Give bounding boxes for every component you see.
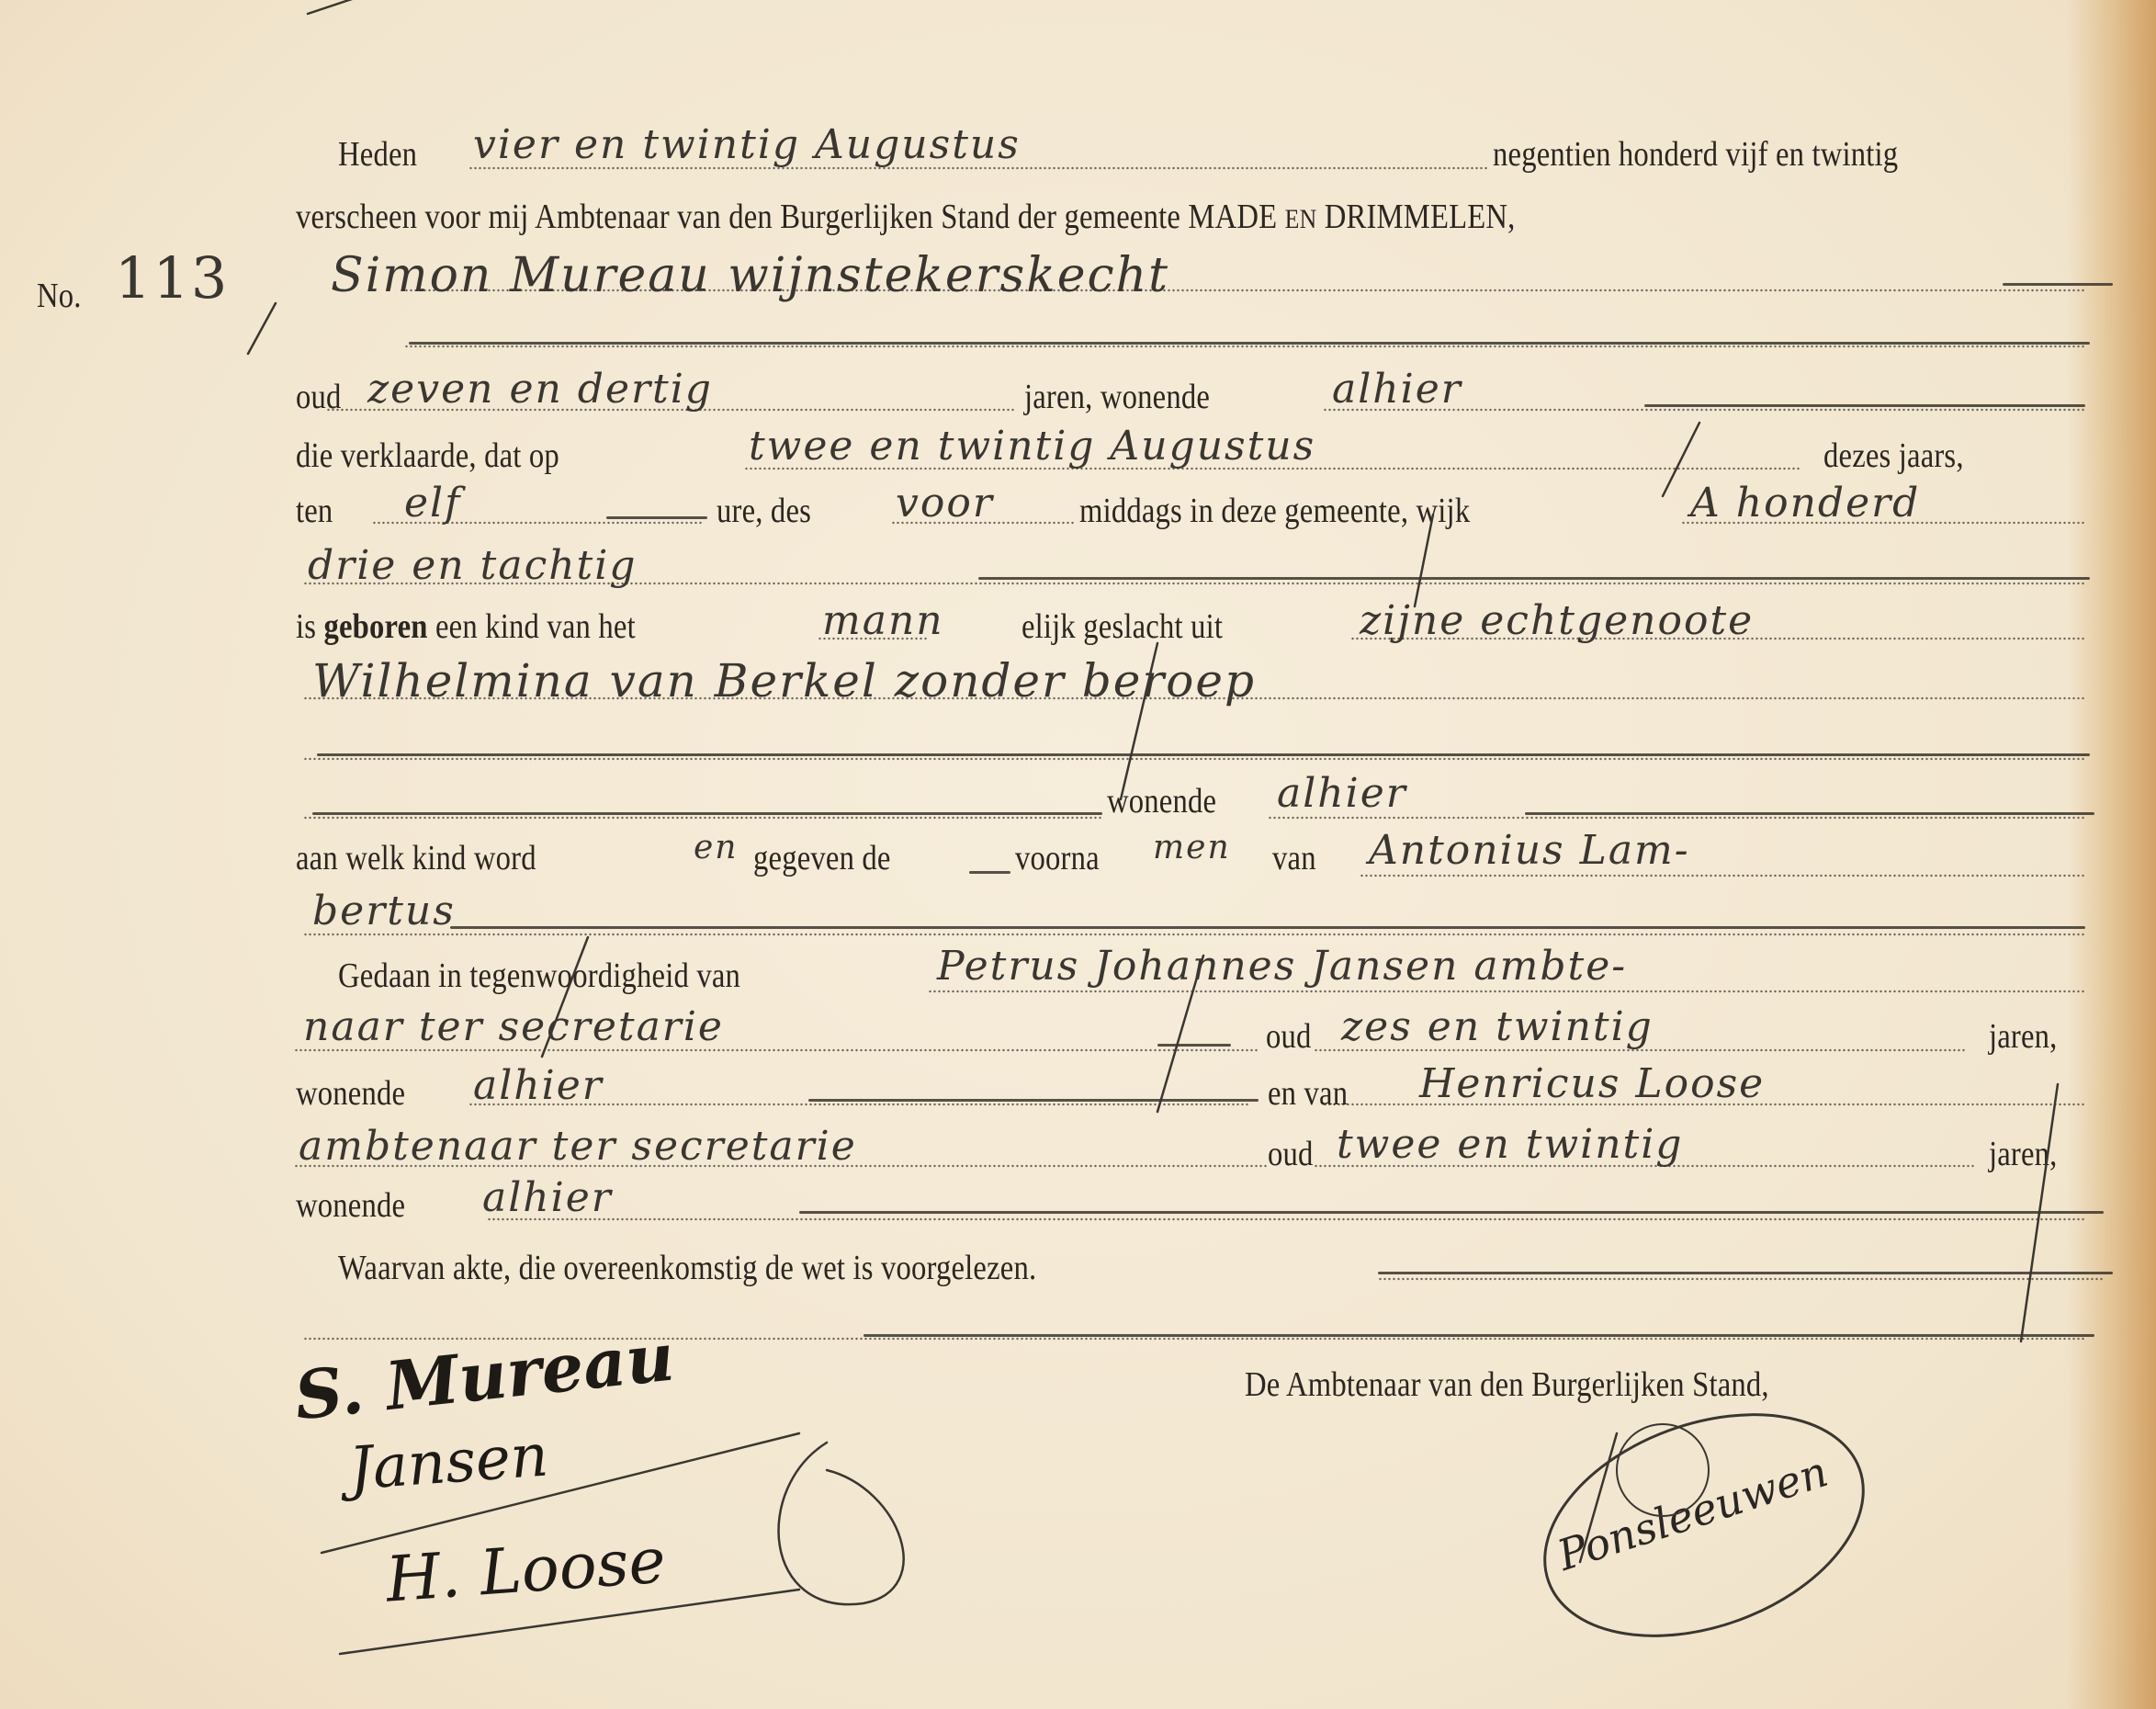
printed-appeared-text: verscheen voor mij Ambtenaar van den Bur…	[296, 198, 1180, 236]
printed-wonende-mother: wonende	[1107, 781, 1216, 821]
printed-jaren-w1: jaren,	[1989, 1016, 2058, 1057]
printed-ure-des: ure, des	[717, 491, 811, 531]
hand-child-name-cont: bertus	[312, 888, 456, 934]
ink-stroke	[409, 342, 2090, 345]
hand-date-day: vier en twintig Augustus	[473, 121, 1021, 168]
printed-kind-van-het: een kind van het	[435, 607, 636, 646]
printed-geslacht-uit: elijk geslacht uit	[1022, 606, 1223, 647]
official-title: De Ambtenaar van den Burgerlijken Stand,	[1245, 1364, 1769, 1405]
printed-closing: Waarvan akte, die overeenkomstig de wet …	[338, 1248, 1036, 1288]
ink-stroke	[969, 871, 1010, 874]
ink-stroke	[1644, 404, 2085, 407]
printed-en-van: en van	[1268, 1073, 1348, 1114]
printed-van-name: van	[1272, 838, 1316, 878]
printed-aan-welk-kind: aan welk kind word	[296, 838, 536, 878]
printed-appeared: verscheen voor mij Ambtenaar van den Bur…	[296, 197, 1516, 237]
hand-declarant-age: zeven en dertig	[367, 366, 713, 413]
hand-witness2-name: Henricus Loose	[1419, 1060, 1765, 1107]
hand-mother-relation: zijne echtgenoote	[1360, 597, 1754, 644]
ink-stroke	[317, 753, 2090, 756]
printed-declared: die verklaarde, dat op	[296, 436, 559, 476]
hand-witness2-residence: alhier	[482, 1174, 613, 1221]
ink-stroke	[1525, 812, 2094, 815]
fill-line	[303, 933, 2085, 936]
printed-middags-wijk: middags in deze gemeente, wijk	[1079, 491, 1470, 531]
printed-jaren-wonende: jaren, wonende	[1024, 377, 1210, 417]
printed-dezes-jaars: dezes jaars,	[1823, 436, 1964, 476]
printed-gegeven-de: gegeven de	[753, 838, 891, 878]
fill-line	[303, 816, 1102, 820]
signature-witness-1: Jansen	[347, 1422, 551, 1504]
municipality-en: EN	[1285, 204, 1317, 234]
ink-stroke	[808, 1099, 1259, 1102]
hand-sex: mann	[822, 597, 944, 644]
ink-stroke	[799, 1211, 2104, 1214]
hand-witness2-occupation: ambtenaar ter secretarie	[299, 1123, 857, 1170]
printed-jaren-w2: jaren,	[1989, 1134, 2058, 1174]
printed-oud: oud	[296, 377, 342, 417]
ink-stroke	[606, 516, 707, 519]
printed-is-geboren: is geboren een kind van het	[296, 606, 636, 647]
printed-geboren: geboren	[323, 607, 427, 646]
printed-voorna: voorna	[1015, 838, 1100, 878]
printed-wonende-w1: wonende	[296, 1073, 405, 1114]
record-number-label: No.	[37, 276, 82, 316]
hand-voornamen-suffix: men	[1153, 829, 1231, 866]
hand-witness1-name: Petrus Johannes Jansen ambte-	[937, 943, 1627, 990]
printed-ten: ten	[296, 491, 333, 531]
ink-stroke	[864, 1334, 2094, 1337]
municipality-drimmelen: DRIMMELEN,	[1325, 198, 1516, 236]
ink-stroke	[978, 577, 2090, 580]
fill-line	[928, 990, 2085, 993]
hand-birth-date: twee en twintig Augustus	[749, 423, 1315, 470]
fill-line	[487, 1217, 2085, 1221]
hand-declarant-residence: alhier	[1332, 366, 1462, 413]
printed-wonende-w2: wonende	[296, 1185, 405, 1226]
hand-witness1-occupation: naar ter secretarie	[303, 1003, 724, 1050]
fill-line	[1378, 1277, 2104, 1281]
municipality-made: MADE	[1188, 198, 1277, 236]
fill-line	[1360, 874, 2085, 877]
hand-witness1-age: zes en twintig	[1341, 1003, 1654, 1050]
hand-witness2-age: twee en twintig	[1337, 1121, 1683, 1168]
ink-stroke	[450, 926, 2085, 929]
hand-wijk-number: drie en tachtig	[308, 542, 637, 589]
hand-mother-name: Wilhelmina van Berkel zonder beroep	[312, 654, 1256, 707]
ink-stroke	[2003, 283, 2113, 286]
ink-stroke	[1157, 1044, 1231, 1047]
printed-is: is	[296, 607, 316, 646]
fill-line	[404, 345, 2085, 348]
printed-oud-w1: oud	[1266, 1016, 1312, 1057]
printed-heden: Heden	[338, 134, 417, 175]
fill-line	[303, 757, 2085, 761]
hand-mother-residence: alhier	[1277, 770, 1407, 817]
hand-child-name: Antonius Lam-	[1369, 827, 1690, 874]
hand-witness1-residence: alhier	[473, 1062, 604, 1109]
ink-stroke	[312, 812, 1102, 815]
ink-stroke	[1378, 1272, 2113, 1274]
printed-gedaan: Gedaan in tegenwoordigheid van	[338, 956, 740, 996]
hand-worden-suffix: en	[694, 829, 739, 866]
hand-birth-hour: elf	[404, 480, 461, 526]
printed-year: negentien honderd vijf en twintig	[1493, 134, 1898, 175]
record-number: 113	[115, 244, 229, 311]
hand-declarant: Simon Mureau wijnstekerskecht	[331, 248, 1169, 303]
hand-wijk: A honderd	[1690, 480, 1920, 526]
printed-oud-w2: oud	[1268, 1134, 1314, 1174]
hand-voor-na: voor	[896, 480, 994, 526]
